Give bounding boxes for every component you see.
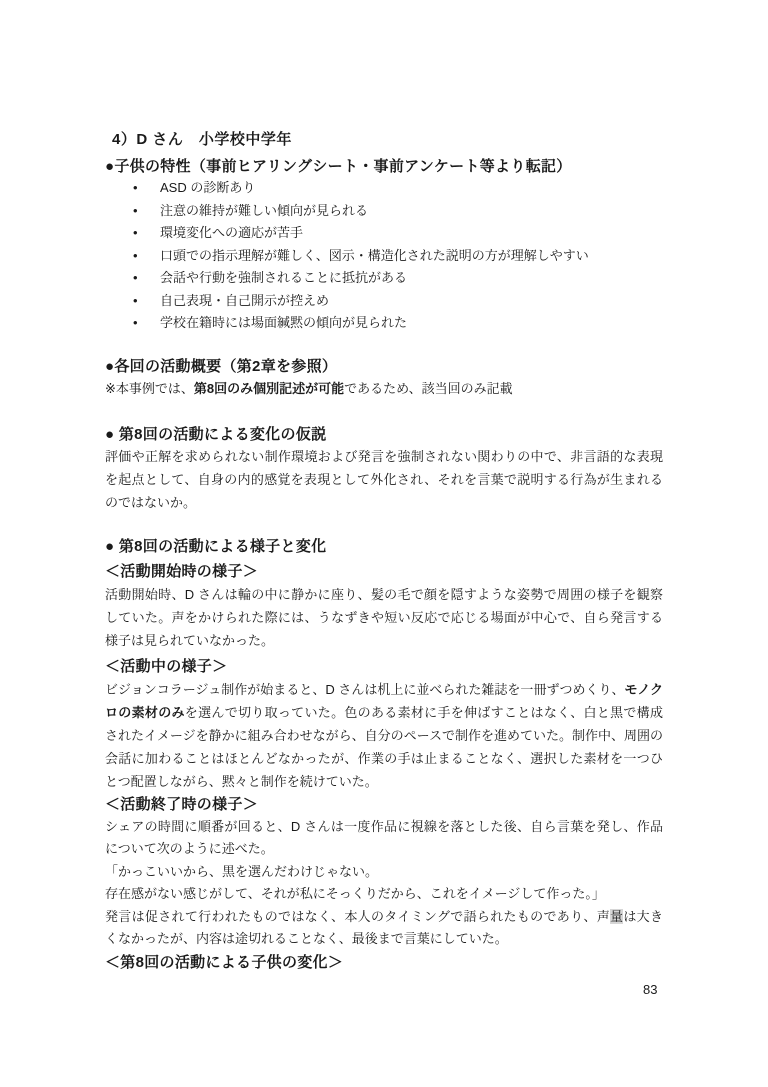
change-subheading: ＜第8回の活動による子供の変化＞ <box>105 951 663 974</box>
list-item: •環境変化への適応が苦手 <box>105 222 663 245</box>
during-body-prefix: ビジョンコラージュ制作が始まると、D さんは机上に並べられた雑誌を一冊ずつめくり… <box>105 682 625 697</box>
list-item: •自己表現・自己開示が控えめ <box>105 290 663 313</box>
start-body: 活動開始時、D さんは輪の中に静かに座り、髪の毛で顔を隠すような姿勢で周囲の様子… <box>105 583 663 652</box>
observation-heading: ● 第8回の活動による様子と変化 <box>105 537 663 557</box>
traits-list: •ASD の診断あり •注意の維持が難しい傾向が見られる •環境変化への適応が苦… <box>105 177 663 335</box>
list-item-text: 会話や行動を強制されることに抵抗がある <box>160 270 407 285</box>
end-after: 発言は促されて行われたものではなく、本人のタイミングで語られたものであり、声量は… <box>105 906 663 951</box>
overview-note: ※本事例では、第8回のみ個別記述が可能であるため、該当回のみ記載 <box>105 377 663 400</box>
overview-note-bold: 第8回のみ個別記述が可能 <box>194 381 344 396</box>
start-subheading: ＜活動開始時の様子＞ <box>105 560 663 583</box>
list-item: •会話や行動を強制されることに抵抗がある <box>105 267 663 290</box>
during-body: ビジョンコラージュ制作が始まると、D さんは机上に並べられた雑誌を一冊ずつめくり… <box>105 678 663 793</box>
traits-heading: ●子供の特性（事前ヒアリングシート・事前アンケート等より転記） <box>105 157 663 177</box>
quote-line-2: 存在感がない感じがして、それが私にそっくりだから、これをイメージして作った。」 <box>105 883 663 906</box>
during-body-suffix: を選んで切り取っていた。色のある素材に手を伸ばすことはなく、白と黒で構成されたイ… <box>105 705 663 789</box>
document-page: 4）D さん 小学校中学年 ●子供の特性（事前ヒアリングシート・事前アンケート等… <box>0 0 768 1087</box>
list-item-text: 口頭での指示理解が難しく、図示・構造化された説明の方が理解しやすい <box>160 248 589 263</box>
overview-note-suffix: であるため、該当回のみ記載 <box>344 381 512 396</box>
list-item: •学校在籍時には場面緘黙の傾向が見られた <box>105 312 663 335</box>
list-item: •注意の維持が難しい傾向が見られる <box>105 200 663 223</box>
list-item-text: 環境変化への適応が苦手 <box>160 225 303 240</box>
list-item-text: 自己表現・自己開示が控えめ <box>160 293 329 308</box>
end-lead: シェアの時間に順番が回ると、D さんは一度作品に視線を落とした後、自ら言葉を発し… <box>105 816 663 861</box>
during-subheading: ＜活動中の様子＞ <box>105 655 663 678</box>
document-content: 4）D さん 小学校中学年 ●子供の特性（事前ヒアリングシート・事前アンケート等… <box>105 130 663 974</box>
hypothesis-heading: ● 第8回の活動による変化の仮説 <box>105 425 663 445</box>
highlighted-character: 量 <box>610 909 623 924</box>
bullet-icon: • <box>133 312 138 335</box>
bullet-icon: • <box>133 222 138 245</box>
bullet-icon: • <box>133 200 138 223</box>
list-item-text: ASD の診断あり <box>160 180 255 195</box>
end-subheading: ＜活動終了時の様子＞ <box>105 793 663 816</box>
list-item: •ASD の診断あり <box>105 177 663 200</box>
bullet-icon: • <box>133 267 138 290</box>
list-item-text: 注意の維持が難しい傾向が見られる <box>160 203 368 218</box>
bullet-icon: • <box>133 290 138 313</box>
quote-line-1: 「かっこいいから、黒を選んだわけじゃない。 <box>105 861 663 884</box>
bullet-icon: • <box>133 177 138 200</box>
overview-note-prefix: ※本事例では、 <box>105 381 194 396</box>
list-item-text: 学校在籍時には場面緘黙の傾向が見られた <box>160 315 407 330</box>
overview-heading: ●各回の活動概要（第2章を参照） <box>105 357 663 377</box>
page-title: 4）D さん 小学校中学年 <box>112 130 663 150</box>
end-after-prefix: 発言は促されて行われたものではなく、本人のタイミングで語られたものであり、声 <box>105 909 610 924</box>
bullet-icon: • <box>133 245 138 268</box>
page-number: 83 <box>643 982 657 998</box>
list-item: •口頭での指示理解が難しく、図示・構造化された説明の方が理解しやすい <box>105 245 663 268</box>
hypothesis-body: 評価や正解を求められない制作環境および発言を強制されない関わりの中で、非言語的な… <box>105 445 663 514</box>
